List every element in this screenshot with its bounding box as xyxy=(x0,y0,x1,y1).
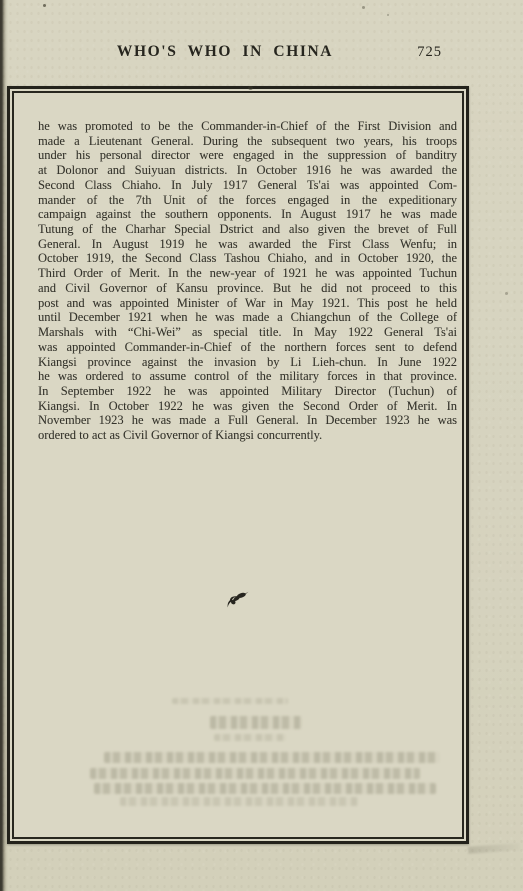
text-line: made a Lieutenant General. During the su… xyxy=(38,134,457,149)
fleuron-leaf-icon xyxy=(226,589,250,611)
text-line: Kiangsi province against the invasion by… xyxy=(38,355,457,370)
page-title: WHO'S WHO IN CHINA xyxy=(40,43,410,61)
text-line: Kiangsi. In October 1922 he was given th… xyxy=(38,399,457,414)
text-line: was appointed Commander-in-Chief of the … xyxy=(38,340,457,355)
paper-smudge xyxy=(468,843,520,854)
text-line: In September 1922 he was appointed Milit… xyxy=(38,384,457,399)
scanned-book-page: { "header": { "title": "WHO'S WHO IN CHI… xyxy=(0,0,523,891)
text-line: and Civil Governor of Kansu province. Bu… xyxy=(38,281,457,296)
running-header: WHO'S WHO IN CHINA 725 xyxy=(40,43,470,63)
text-line: at Dolonor and Suiyuan districts. In Oct… xyxy=(38,163,457,178)
text-line: ordered to act as Civil Governor of Kian… xyxy=(38,428,457,443)
text-line: campaign against the southern opponents.… xyxy=(38,207,457,222)
text-line: until December 1921 when he was made a C… xyxy=(38,310,457,325)
text-line: he was promoted to be the Commander-in-C… xyxy=(38,119,457,134)
text-line: post and was appointed Minister of War i… xyxy=(38,296,457,311)
paper-speck xyxy=(43,4,46,7)
page-number: 725 xyxy=(417,44,442,61)
text-line: October 1919, the Second Class Tashou Ch… xyxy=(38,251,457,266)
text-line: Second Class Chiaho. In July 1917 Genera… xyxy=(38,178,457,193)
text-line: Third Order of Merit. In the new-year of… xyxy=(38,266,457,281)
paper-speck xyxy=(505,292,508,295)
text-line: General. In August 1919 he was awarded t… xyxy=(38,237,457,252)
text-line: mander of the 7th Unit of the forces eng… xyxy=(38,193,457,208)
paper-speck xyxy=(387,14,389,16)
text-line: under his personal director were engaged… xyxy=(38,148,457,163)
biography-text: he was promoted to be the Commander-in-C… xyxy=(38,119,457,443)
text-line: Tutung of the Charhar Special Dstrict an… xyxy=(38,222,457,237)
text-line: Marshals with “Chi-Wei” as special title… xyxy=(38,325,457,340)
text-line: he was ordered to assume control of the … xyxy=(38,369,457,384)
paper-speck xyxy=(362,6,365,9)
text-line: November 1923 he was made a Full General… xyxy=(38,413,457,428)
